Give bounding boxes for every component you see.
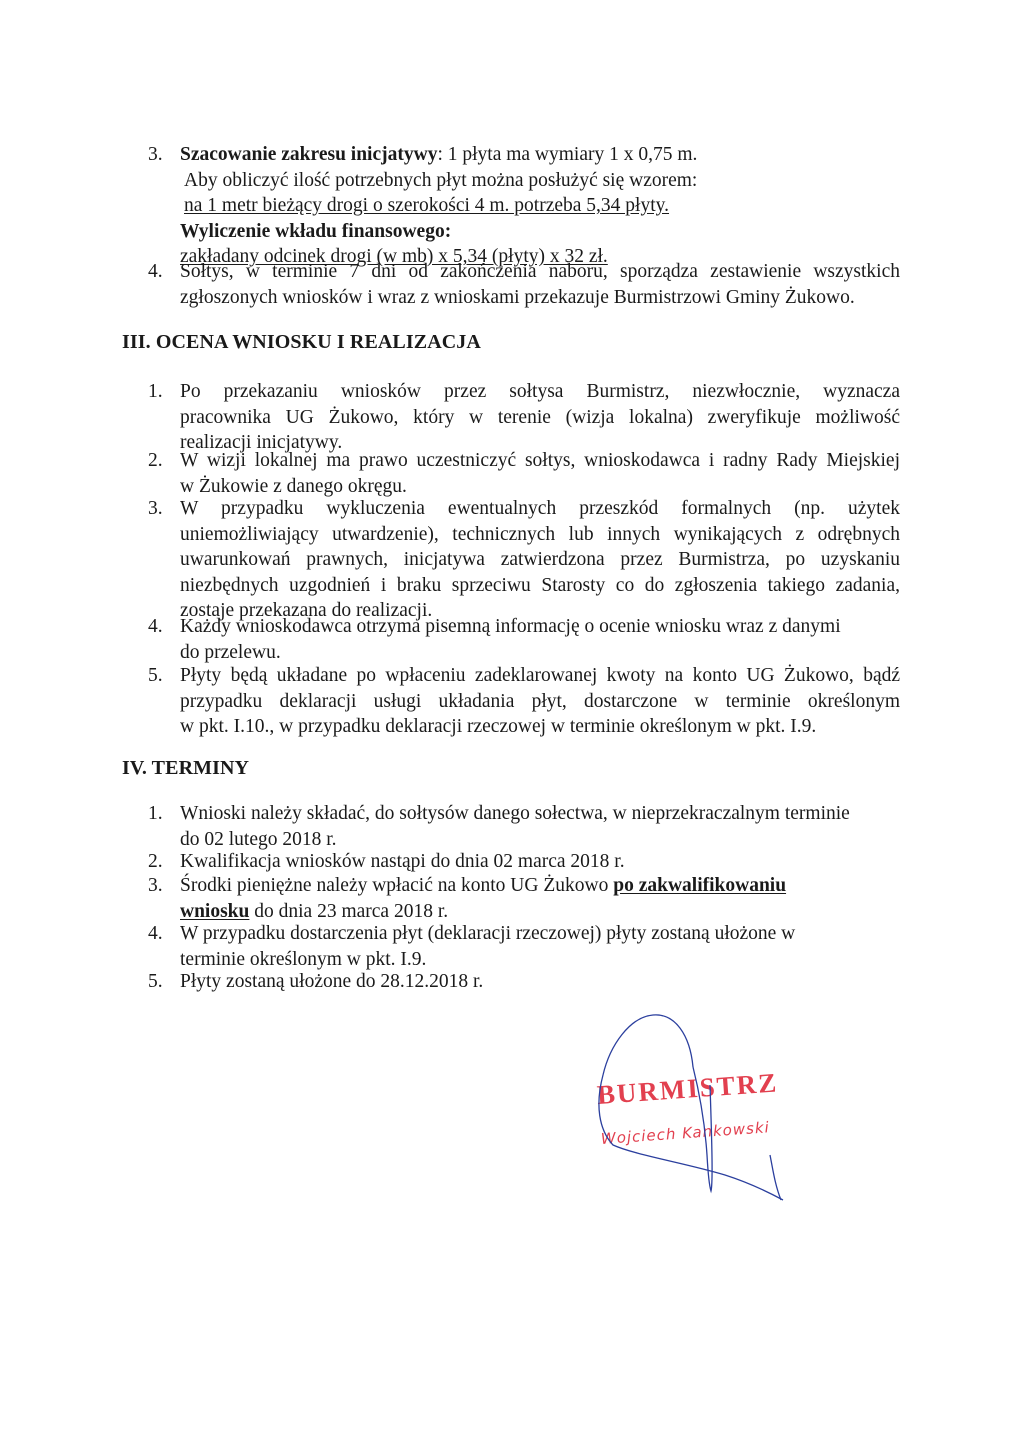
estimation-label: Szacowanie zakresu inicjatywy [180, 144, 437, 165]
list-item-estimation: 3. Szacowanie zakresu inicjatywy: 1 płyt… [148, 142, 900, 270]
list-item-evaluation-1: 1. Po przekazaniu wniosków przez sołtysa… [148, 379, 900, 456]
item-number: 4. [148, 259, 178, 285]
document-page: 3. Szacowanie zakresu inicjatywy: 1 płyt… [0, 0, 1024, 1446]
section-heading-evaluation: III. OCENA WNIOSKU I REALIZACJA [122, 330, 481, 356]
list-item-evaluation-2: 2. W wizji lokalnej ma prawo uczestniczy… [148, 448, 900, 499]
estimation-formula: na 1 metr bieżący drogi o szerokości 4 m… [180, 193, 900, 219]
list-item-deadline-4: 4. W przypadku dostarczenia płyt (deklar… [148, 921, 900, 972]
section-heading-deadlines: IV. TERMINY [122, 756, 249, 782]
list-item-deadline-3: 3. Środki pieniężne należy wpłacić na ko… [148, 873, 900, 924]
estimation-line-1: Szacowanie zakresu inicjatywy: 1 płyta m… [180, 142, 900, 168]
list-item-soltys-summary: 4. Sołtys, w terminie 7 dni od zakończen… [148, 259, 900, 310]
list-item-evaluation-5: 5. Płyty będą układane po wpłaceniu zade… [148, 663, 900, 740]
item-number: 3. [148, 142, 178, 168]
list-item-deadline-2: 2. Kwalifikacja wniosków nastąpi do dnia… [148, 849, 900, 875]
emphasis-application: wniosku [180, 901, 249, 922]
signature-icon [575, 1005, 835, 1225]
financial-contribution-heading: Wyliczenie wkładu finansowego: [180, 219, 900, 245]
list-item-deadline-5: 5. Płyty zostaną ułożone do 28.12.2018 r… [148, 969, 900, 995]
list-item-deadline-1: 1. Wnioski należy składać, do sołtysów d… [148, 801, 900, 852]
estimation-formula-intro: Aby obliczyć ilość potrzebnych płyt możn… [180, 168, 900, 194]
emphasis-after-qualification: po zakwalifikowaniu [613, 875, 786, 896]
list-item-evaluation-4: 4. Każdy wnioskodawca otrzyma pisemną in… [148, 614, 900, 665]
list-item-evaluation-3: 3. W przypadku wykluczenia ewentualnych … [148, 496, 900, 624]
mayor-stamp: BURMISTRZ Wojciech Kankowski [575, 1005, 835, 1225]
